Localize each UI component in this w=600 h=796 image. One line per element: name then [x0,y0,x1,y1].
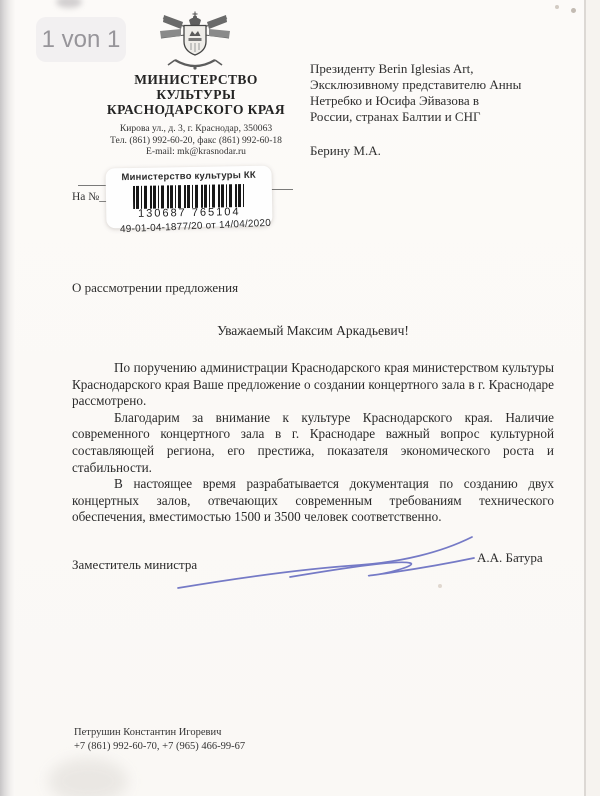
signature-scribble [168,526,490,594]
ministry-address: Кирова ул., д. 3, г. Краснодар, 350063 Т… [75,123,317,158]
executor-name: Петрушин Константин Игоревич [74,726,245,740]
paragraph: Благодарим за внимание к культуре Красно… [72,410,554,476]
recipient-line: Президенту Berin Iglesias Art, [310,61,530,77]
salutation: Уважаемый Максим Аркадьевич! [72,323,554,339]
executor-contact: Петрушин Константин Игоревич +7 (861) 99… [74,726,245,753]
recipient-line: России, странах Балтии и СНГ [310,109,530,125]
page-count-indicator: 1 von 1 [36,17,126,62]
ministry-name-line: КРАСНОДАРСКОГО КРАЯ [85,102,307,117]
email-line: E-mail: mk@krasnodar.ru [75,146,317,158]
recipient-block: Президенту Berin Iglesias Art, Эксклюзив… [310,61,530,125]
coat-of-arms-krasnodar-krai-icon [155,10,235,72]
scan-left-shadow [0,0,15,796]
paragraph: По поручению администрации Краснодарског… [72,360,554,410]
scan-smudge-bottom-left [48,758,128,796]
barcode [133,184,245,209]
scanned-letter-page: МИНИСТЕРСТВО КУЛЬТУРЫ КРАСНОДАРСКОГО КРА… [0,0,600,796]
scan-speck [571,8,576,13]
ministry-name-line: КУЛЬТУРЫ [85,87,307,102]
scan-right-margin [586,0,600,796]
recipient-name: Берину М.А. [310,143,381,159]
executor-phones: +7 (861) 992-60-70, +7 (965) 466-99-67 [74,740,245,754]
recipient-line: Эксклюзивному представителю Анны [310,77,530,93]
address-line: Кирова ул., д. 3, г. Краснодар, 350063 [75,123,317,135]
scan-page-edge [584,0,586,796]
ministry-name: МИНИСТЕРСТВО КУЛЬТУРЫ КРАСНОДАРСКОГО КРА… [85,72,307,117]
sticker-title: Министерство культуры КК [106,170,272,184]
scan-smudge-top [56,0,82,8]
ministry-name-line: МИНИСТЕРСТВО [85,72,307,87]
scan-speck [555,5,559,9]
signer-name: А.А. Батура [477,550,543,566]
letter-subject: О рассмотрении предложения [72,280,238,296]
letter-body: По поручению администрации Краснодарског… [72,360,554,526]
paragraph: В настоящее время разрабатывается докуме… [72,476,554,526]
phone-line: Тел. (861) 992-60-20, факс (861) 992-60-… [75,135,317,147]
recipient-line: Нетребко и Юсифа Эйвазова в [310,93,530,109]
